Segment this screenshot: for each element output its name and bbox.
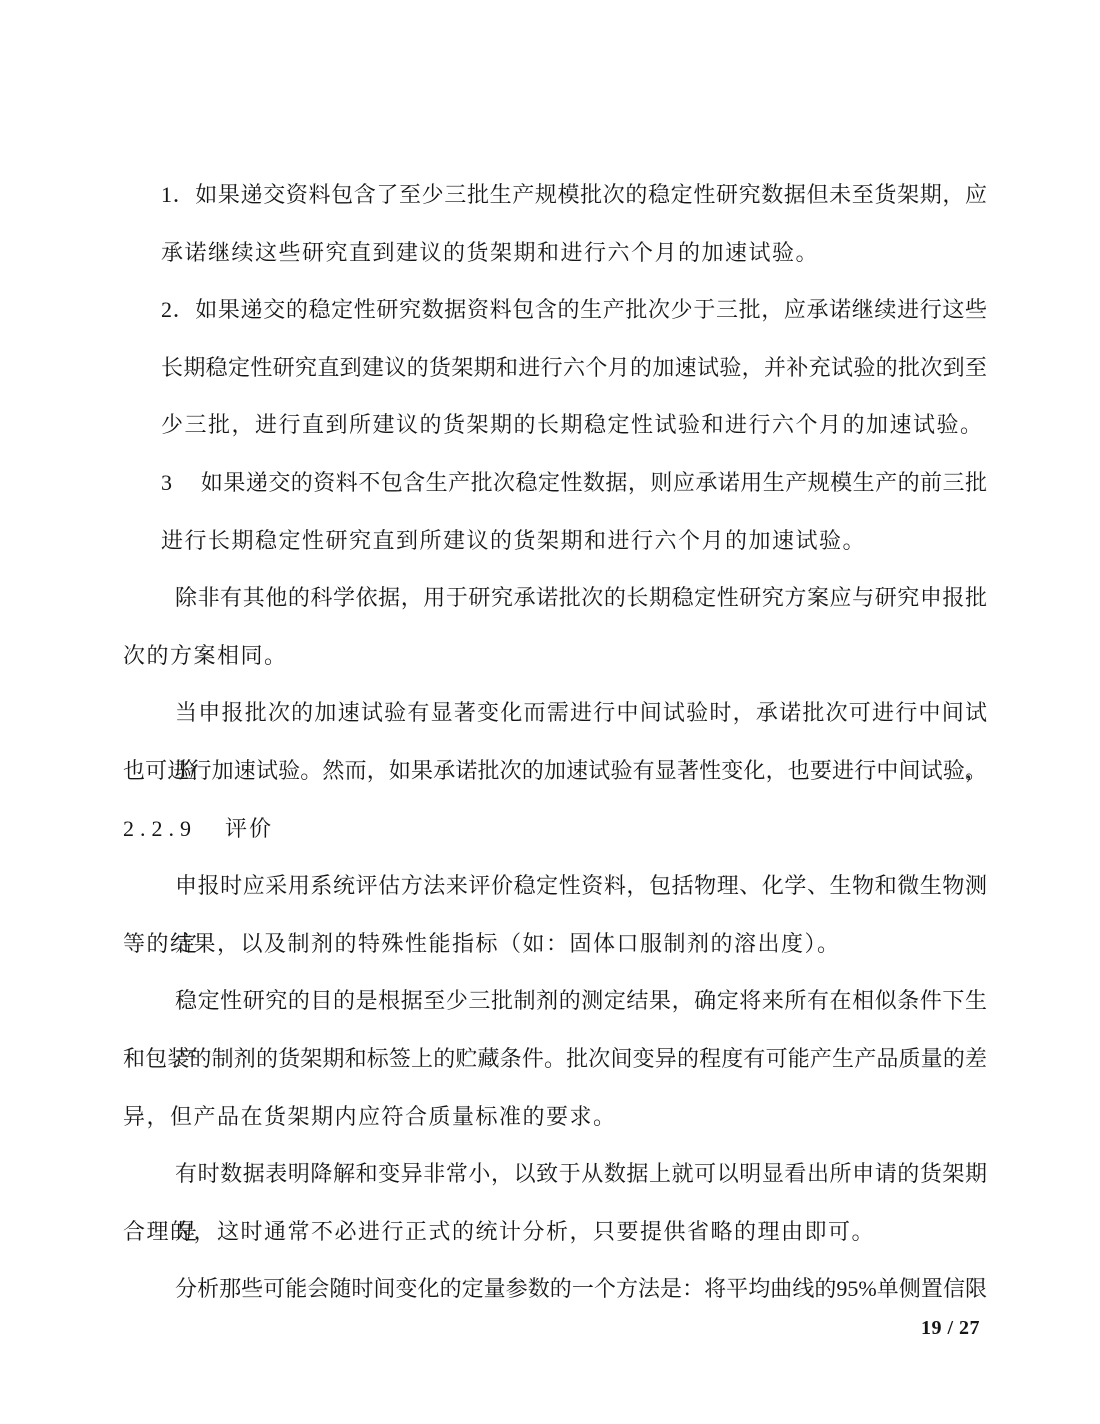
text-line: 异，但产品在货架期内应符合质量标准的要求。 (123, 1088, 987, 1146)
section-heading: 2.2.9评价 (123, 800, 987, 858)
text-line: 和包装的制剂的货架期和标签上的贮藏条件。批次间变异的程度有可能产生产品质量的差 (123, 1030, 987, 1088)
document-body: 1．如果递交资料包含了至少三批生产规模批次的稳定性研究数据但未至货架期，应承诺继… (123, 166, 987, 1318)
text-line: 申报时应采用系统评估方法来评价稳定性资料，包括物理、化学、生物和微生物测定 (123, 857, 987, 915)
text-line: 1．如果递交资料包含了至少三批生产规模批次的稳定性研究数据但未至货架期，应 (123, 166, 987, 224)
text-line: 3 如果递交的资料不包含生产批次稳定性数据，则应承诺用生产规模生产的前三批 (123, 454, 987, 512)
text-line: 除非有其他的科学依据，用于研究承诺批次的长期稳定性研究方案应与研究申报批 (123, 569, 987, 627)
text-line: 承诺继续这些研究直到建议的货架期和进行六个月的加速试验。 (123, 224, 987, 282)
text-line: 也可进行加速试验。然而，如果承诺批次的加速试验有显著性变化，也要进行中间试验。 (123, 742, 987, 800)
section-number: 2.2.9 (123, 816, 197, 841)
text-line: 稳定性研究的目的是根据至少三批制剂的测定结果，确定将来所有在相似条件下生产 (123, 972, 987, 1030)
text-line: 合理的，这时通常不必进行正式的统计分析，只要提供省略的理由即可。 (123, 1203, 987, 1261)
page-number: 19 / 27 (921, 1313, 980, 1343)
text-line: 少三批，进行直到所建议的货架期的长期稳定性试验和进行六个月的加速试验。 (123, 396, 987, 454)
text-line: 长期稳定性研究直到建议的货架期和进行六个月的加速试验，并补充试验的批次到至 (123, 339, 987, 397)
text-line: 2．如果递交的稳定性研究数据资料包含的生产批次少于三批，应承诺继续进行这些 (123, 281, 987, 339)
text-line: 进行长期稳定性研究直到所建议的货架期和进行六个月的加速试验。 (123, 512, 987, 570)
text-line: 分析那些可能会随时间变化的定量参数的一个方法是：将平均曲线的95%单侧置信限 (123, 1260, 987, 1318)
section-title: 评价 (225, 816, 273, 841)
text-line: 次的方案相同。 (123, 627, 987, 685)
text-line: 等的结果，以及制剂的特殊性能指标（如：固体口服制剂的溶出度）。 (123, 915, 987, 973)
text-line: 当申报批次的加速试验有显著变化而需进行中间试验时，承诺批次可进行中间试验， (123, 684, 987, 742)
text-line: 有时数据表明降解和变异非常小，以致于从数据上就可以明显看出所申请的货架期是 (123, 1145, 987, 1203)
document-page: 1．如果递交资料包含了至少三批生产规模批次的稳定性研究数据但未至货架期，应承诺继… (0, 0, 1100, 1424)
